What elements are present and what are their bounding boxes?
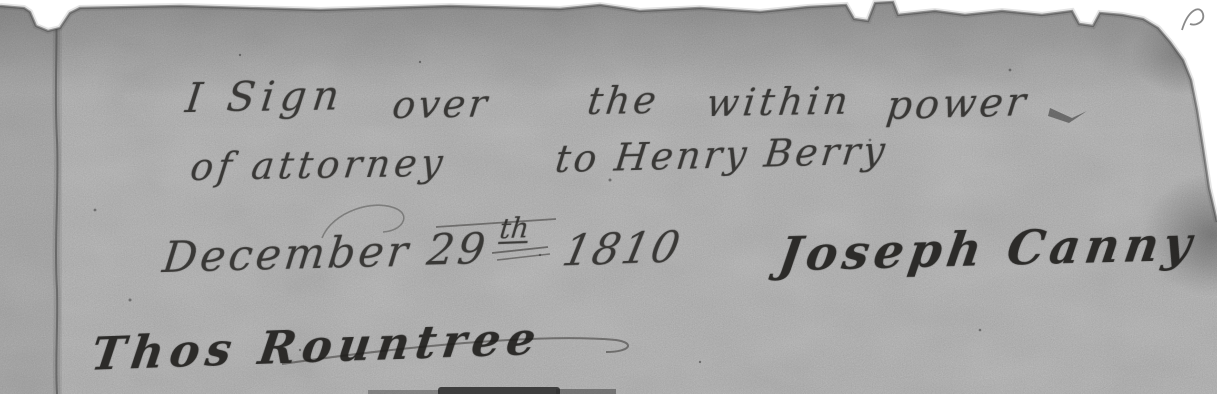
handwriting-date-superscript: th <box>498 211 531 245</box>
handwriting-word: the <box>585 78 662 123</box>
handwriting-word: over <box>390 81 492 127</box>
handwriting-word: power <box>884 79 1031 129</box>
handwriting-date: December 29 <box>160 224 491 283</box>
handwriting-word: I Sign <box>183 71 348 122</box>
handwriting-word: within <box>704 78 854 125</box>
handwriting-phrase: of attorney <box>188 140 449 189</box>
witness-signature-rountree: Thos Rountree <box>88 312 545 381</box>
handwriting-phrase: to Henry Berry <box>553 128 890 181</box>
scanned-document-page: I Sign over the within power of attorney… <box>0 0 1217 394</box>
handwriting-layer: I Sign over the within power of attorney… <box>0 0 1217 394</box>
handwriting-year: 1810 <box>558 222 686 277</box>
signature-joseph-canny: Joseph Canny <box>775 217 1200 283</box>
